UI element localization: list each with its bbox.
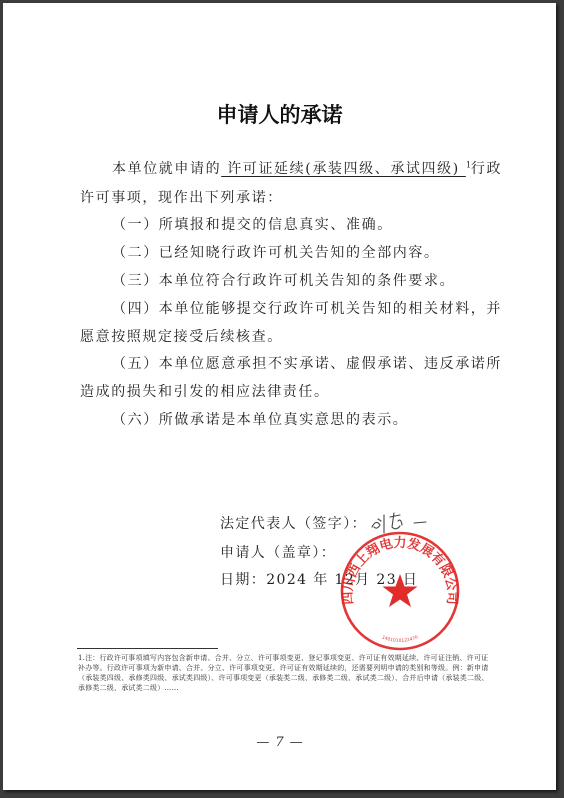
footnote-divider bbox=[77, 648, 218, 649]
intro-suffix: 行政 bbox=[471, 161, 502, 177]
intro-line-2: 许可事项，现作出下列承诺： bbox=[80, 187, 283, 207]
commitment-item-6: （六）所做承诺是本单位真实意思的表示。 bbox=[112, 409, 408, 429]
page-number: —7— bbox=[3, 735, 556, 750]
commitment-item-3: （三）本单位符合行政许可机关告知的条件要求。 bbox=[112, 270, 455, 290]
intro-prefix: 本单位就申请的 bbox=[112, 161, 221, 177]
page-number-value: 7 bbox=[269, 735, 289, 750]
commitment-item-1: （一）所填报和提交的信息真实、准确。 bbox=[112, 214, 393, 234]
document-page: 申请人的承诺 本单位就申请的 许可证延续(承装四级、承试四级) 1行政 许可事项… bbox=[3, 3, 556, 790]
page-title: 申请人的承诺 bbox=[3, 99, 556, 129]
svg-text:1401010122470: 1401010122470 bbox=[381, 634, 419, 644]
star-icon bbox=[383, 574, 418, 607]
commitment-item-4: （四）本单位能够提交行政许可机关告知的相关材料，并 bbox=[112, 298, 502, 318]
stamp-serial: 1401010122470 bbox=[381, 634, 419, 644]
company-seal-stamp: 四川西上翔电力发展有限公司 1401010122470 bbox=[337, 528, 463, 654]
commitment-item-5: （五）本单位愿意承担不实承诺、虚假承诺、违反承诺所 bbox=[112, 353, 502, 373]
page-dash-right: — bbox=[290, 735, 303, 750]
commitment-item-4-cont: 愿意按照规定接受后续核查。 bbox=[80, 326, 283, 346]
applicant-label: 申请人（盖章）： bbox=[220, 542, 336, 562]
permit-item-underlined: 许可证延续(承装四级、承试四级) bbox=[221, 161, 466, 177]
page-dash-left: — bbox=[256, 735, 269, 750]
intro-line-1: 本单位就申请的 许可证延续(承装四级、承试四级) 1行政 bbox=[112, 158, 502, 178]
footnote-text: 1.注：行政许可事项填写内容包含新申请、合并、分立、许可事项变更、登记事项变更、… bbox=[78, 653, 490, 693]
commitment-item-2: （二）已经知晓行政许可机关告知的全部内容。 bbox=[112, 242, 440, 262]
commitment-item-5-cont: 造成的损失和引发的相应法律责任。 bbox=[80, 381, 330, 401]
